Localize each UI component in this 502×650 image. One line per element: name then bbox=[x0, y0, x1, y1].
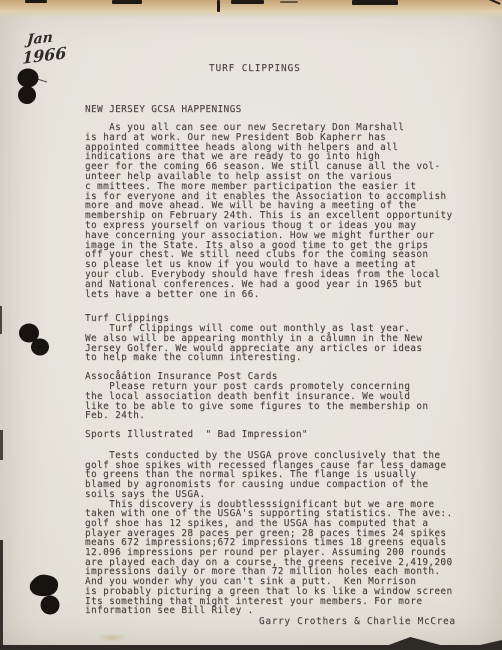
scan-edge-mark bbox=[0, 306, 2, 334]
paper-stain bbox=[96, 633, 128, 642]
page-title: TURF CLIPPINGS bbox=[209, 64, 301, 74]
signature: Garry Crothers & Charlie McCrea bbox=[259, 617, 456, 627]
section-body-sports-illustrated: Tests conducted by the USGA prove conclu… bbox=[85, 451, 452, 616]
ink-blot bbox=[17, 321, 53, 359]
ink-blot bbox=[26, 571, 64, 619]
section-body-nj-gcsa-happenings: As you all can see our new Secretary Don… bbox=[85, 123, 452, 299]
section-heading-sports-illustrated: Sports Illustrated " Bad Impression" bbox=[85, 430, 308, 440]
top-edge-mark bbox=[352, 0, 398, 5]
scan-bottom-edge bbox=[0, 645, 502, 650]
scanned-newsletter-page: Jan 1966 TURF CLIPPINGS NEW JERSEY GCSA … bbox=[0, 0, 502, 650]
top-edge-mark bbox=[217, 0, 220, 12]
section-body-turf-clippings: Turf Clippings will come out monthly as … bbox=[85, 324, 422, 363]
top-edge-mark bbox=[112, 0, 142, 4]
top-edge-mark bbox=[25, 0, 47, 3]
ink-blot bbox=[15, 65, 53, 111]
section-body-insurance-post-cards: Please return your post cards promotely … bbox=[85, 382, 428, 421]
section-heading-nj-gcsa-happenings: NEW JERSEY GCSA HAPPENINGS bbox=[85, 105, 242, 115]
top-edge-mark bbox=[280, 1, 298, 3]
top-edge-mark bbox=[231, 0, 264, 4]
scan-edge-mark bbox=[0, 430, 3, 460]
scan-edge-mark bbox=[0, 540, 3, 648]
